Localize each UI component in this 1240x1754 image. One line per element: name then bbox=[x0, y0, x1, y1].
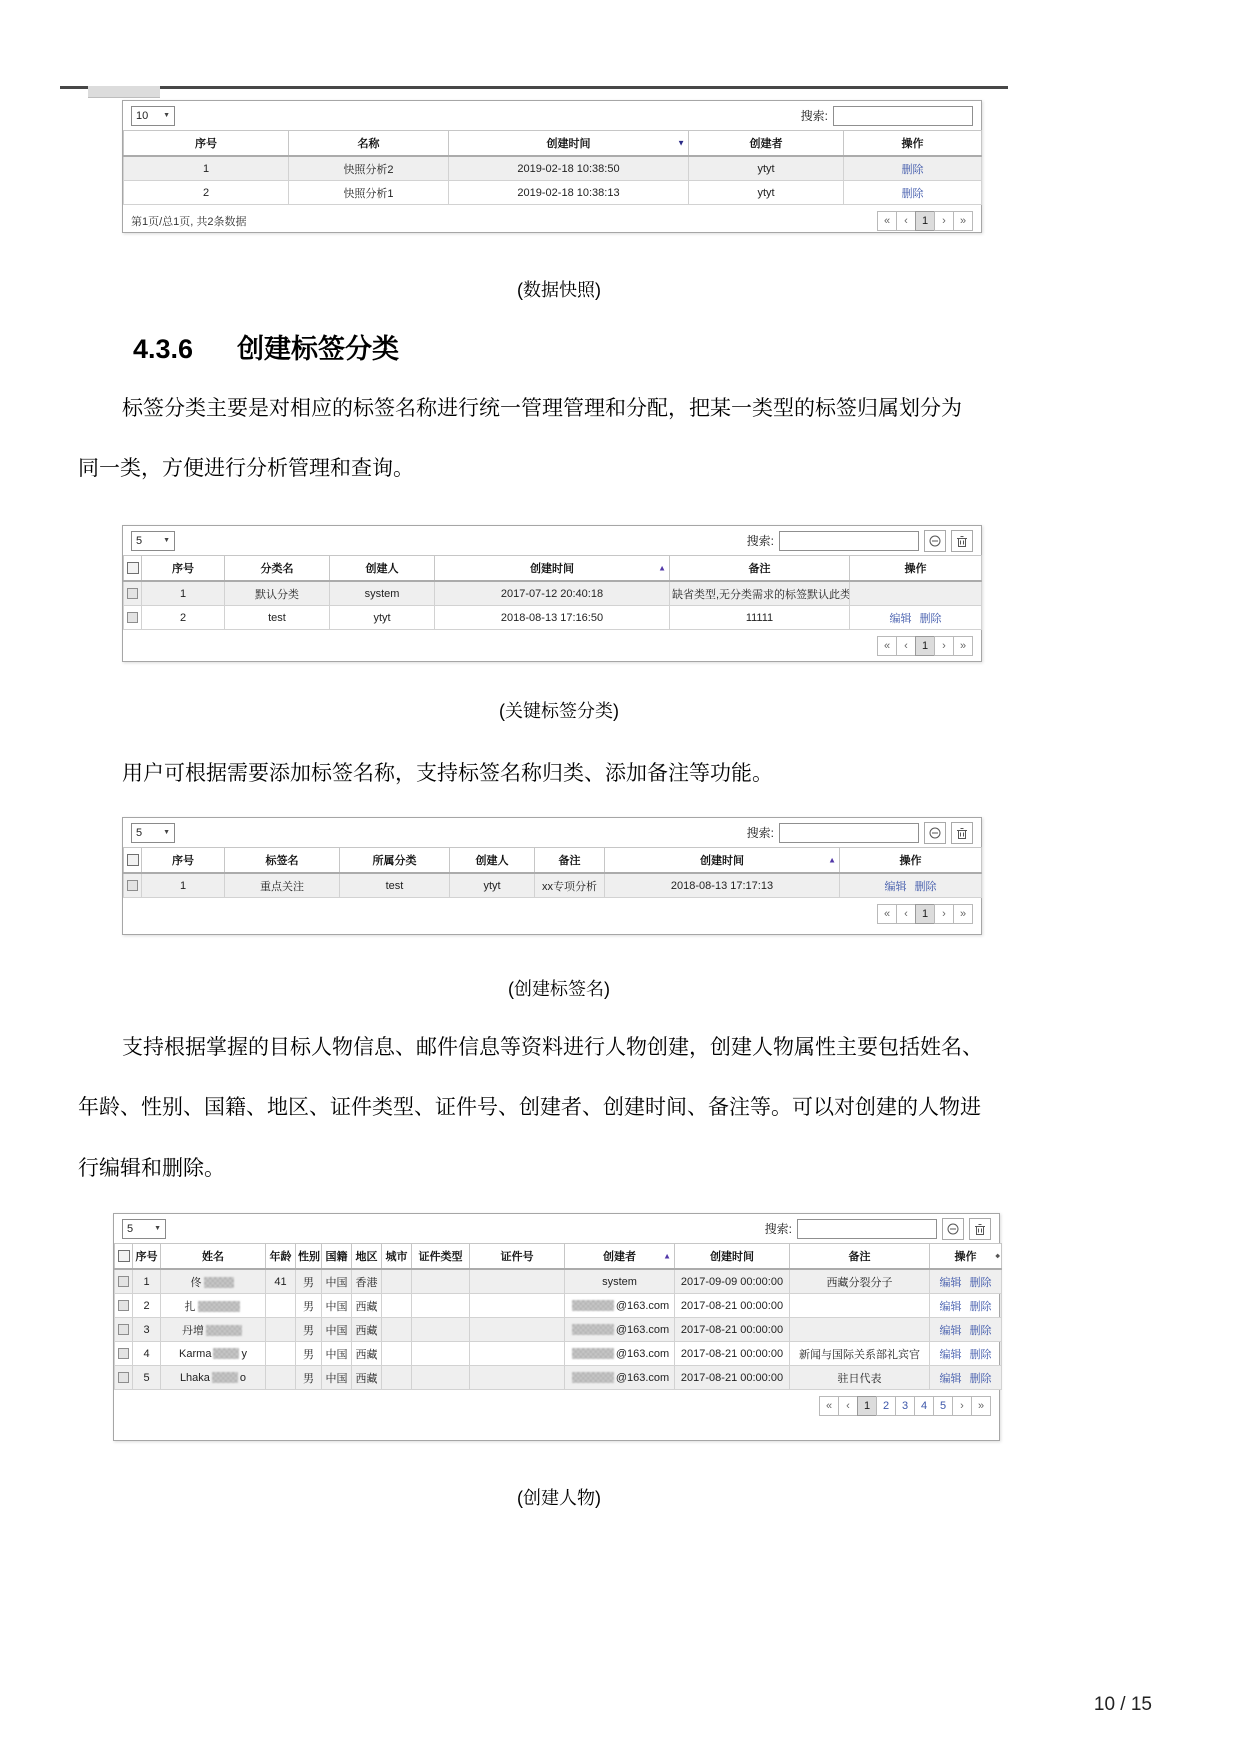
col-header-age[interactable]: 年龄 bbox=[266, 1244, 296, 1270]
col-header-created[interactable]: 创建时间▲ bbox=[605, 848, 840, 874]
paragraph-line: 同一类，方便进行分析管理和查询。 bbox=[78, 452, 414, 482]
col-header-action[interactable]: 操作◆ bbox=[930, 1244, 1002, 1270]
paragraph-line: 标签分类主要是对相应的标签名称进行统一管理管理和分配，把某一类型的标签归属划分为 bbox=[122, 392, 962, 422]
edit-link[interactable]: 编辑 bbox=[940, 1325, 962, 1337]
col-header-creator[interactable]: 创建人 bbox=[330, 556, 435, 582]
table-row: 1 快照分析2 2019-02-18 10:38:50 ytyt 删除 bbox=[124, 156, 982, 181]
sort-asc-icon: ▲ bbox=[658, 564, 666, 573]
page-number-button[interactable]: 1 bbox=[915, 904, 935, 924]
col-header-index[interactable]: 序号 bbox=[142, 556, 225, 582]
chevron-down-icon: ▼ bbox=[154, 1225, 161, 1232]
censored-text bbox=[572, 1372, 614, 1383]
page-size-select[interactable]: 5 ▼ bbox=[131, 531, 175, 551]
page-next-button[interactable]: › bbox=[934, 211, 954, 231]
row-checkbox[interactable] bbox=[118, 1276, 129, 1287]
category-table: 序号 分类名 创建人 创建时间▲ 备注 操作 1 默认分类 system 201… bbox=[123, 555, 982, 630]
page-size-select[interactable]: 5 ▼ bbox=[131, 823, 175, 843]
search-label: 搜索: bbox=[747, 824, 774, 841]
snapshot-table: 序号 名称 创建时间▼ 创建者 操作 1 快照分析2 2019-02-18 10… bbox=[123, 130, 982, 205]
circle-minus-icon[interactable] bbox=[924, 530, 946, 552]
table-row: 1 默认分类 system 2017-07-12 20:40:18 缺省类型,无… bbox=[124, 581, 982, 606]
delete-link[interactable]: 删除 bbox=[970, 1325, 992, 1337]
search-label: 搜索: bbox=[747, 532, 774, 549]
page-size-select[interactable]: 5 ▼ bbox=[122, 1219, 166, 1239]
sort-desc-icon: ▼ bbox=[677, 139, 685, 148]
censored-text bbox=[572, 1324, 614, 1335]
trash-icon[interactable] bbox=[969, 1218, 991, 1240]
page-last-button[interactable]: » bbox=[953, 211, 973, 231]
col-header-action[interactable]: 操作 bbox=[844, 131, 982, 157]
search-label: 搜索: bbox=[765, 1220, 792, 1237]
col-header-name[interactable]: 标签名 bbox=[225, 848, 340, 874]
paragraph-line: 年龄、性别、国籍、地区、证件类型、证件号、创建者、创建时间、备注等。可以对创建的… bbox=[78, 1091, 981, 1121]
circle-minus-icon[interactable] bbox=[924, 822, 946, 844]
edit-link[interactable]: 编辑 bbox=[940, 1349, 962, 1361]
page-number-button[interactable]: 5 bbox=[933, 1396, 953, 1416]
page-prev-button[interactable]: ‹ bbox=[896, 211, 916, 231]
col-header-creator[interactable]: 创建者▲ bbox=[565, 1244, 675, 1270]
censored-text bbox=[198, 1301, 240, 1312]
pagination: « ‹ 1 › » bbox=[878, 904, 973, 924]
row-checkbox[interactable] bbox=[127, 588, 138, 599]
tag-table: 序号 标签名 所属分类 创建人 备注 创建时间▲ 操作 1 重点关注 test … bbox=[123, 847, 982, 898]
censored-text bbox=[206, 1325, 242, 1336]
col-header-action[interactable]: 操作 bbox=[840, 848, 982, 874]
category-screenshot: 5 ▼ 搜索: 序号 分类名 创建人 创建时间▲ 备注 操作 bbox=[122, 525, 982, 662]
category-toolbar: 5 ▼ 搜索: bbox=[123, 526, 981, 555]
tag-screenshot: 5 ▼ 搜索: 序号 标签名 所属分类 创建人 备注 创建时间▲ 操作 bbox=[122, 817, 982, 935]
censored-text bbox=[572, 1348, 614, 1359]
page-number-button[interactable]: 1 bbox=[915, 636, 935, 656]
page-first-button[interactable]: « bbox=[819, 1396, 839, 1416]
censored-text bbox=[204, 1277, 234, 1288]
col-header-nationality[interactable]: 国籍 bbox=[322, 1244, 352, 1270]
delete-link[interactable]: 删除 bbox=[902, 188, 924, 200]
circle-minus-icon[interactable] bbox=[942, 1218, 964, 1240]
row-checkbox[interactable] bbox=[118, 1324, 129, 1335]
trash-icon[interactable] bbox=[951, 822, 973, 844]
figure-caption: (数据快照) bbox=[78, 276, 1040, 302]
delete-link[interactable]: 删除 bbox=[915, 881, 937, 893]
row-checkbox[interactable] bbox=[118, 1348, 129, 1359]
page-first-button[interactable]: « bbox=[877, 211, 897, 231]
edit-link[interactable]: 编辑 bbox=[885, 881, 907, 893]
censored-text bbox=[212, 1372, 238, 1383]
page-number-button[interactable]: 1 bbox=[915, 211, 935, 231]
edit-link[interactable]: 编辑 bbox=[940, 1301, 962, 1313]
page-last-button[interactable]: » bbox=[953, 636, 973, 656]
col-header-remark[interactable]: 备注 bbox=[790, 1244, 930, 1270]
select-all-checkbox[interactable] bbox=[115, 1244, 133, 1270]
page-number-button[interactable]: 4 bbox=[914, 1396, 934, 1416]
figure-caption: (创建标签名) bbox=[78, 975, 1040, 1001]
page-number-button[interactable]: 1 bbox=[857, 1396, 877, 1416]
col-header-name[interactable]: 名称 bbox=[289, 131, 449, 157]
pagination: « ‹ 1 2 3 4 5 › » bbox=[820, 1396, 991, 1416]
page-size-value: 10 bbox=[136, 110, 148, 122]
page-first-button[interactable]: « bbox=[877, 904, 897, 924]
table-row: 1 重点关注 test ytyt xx专项分析 2018-08-13 17:17… bbox=[124, 873, 982, 898]
diamond-icon: ◆ bbox=[995, 1253, 1000, 1260]
col-header-index[interactable]: 序号 bbox=[124, 131, 289, 157]
col-header-remark[interactable]: 备注 bbox=[535, 848, 605, 874]
section-heading: 4.3.6创建标签分类 bbox=[133, 327, 399, 366]
page-number: 10 / 15 bbox=[1094, 1694, 1152, 1716]
snapshot-screenshot: 10 ▼ 搜索: 序号 名称 创建时间▼ 创建者 操作 1 快照分析2 2 bbox=[122, 100, 982, 233]
page-number-button[interactable]: 2 bbox=[876, 1396, 896, 1416]
row-checkbox[interactable] bbox=[127, 880, 138, 891]
chevron-down-icon: ▼ bbox=[163, 112, 170, 119]
paragraph-line: 行编辑和删除。 bbox=[78, 1152, 225, 1182]
screenshot-crop-edge bbox=[60, 86, 1008, 89]
col-header-category[interactable]: 所属分类 bbox=[340, 848, 450, 874]
page-prev-button[interactable]: ‹ bbox=[896, 904, 916, 924]
tag-toolbar: 5 ▼ 搜索: bbox=[123, 818, 981, 847]
pagination: « ‹ 1 › » bbox=[878, 211, 973, 231]
col-header-gender[interactable]: 性别 bbox=[296, 1244, 322, 1270]
page-size-value: 5 bbox=[136, 827, 142, 839]
figure-caption: (关键标签分类) bbox=[78, 697, 1040, 723]
table-row: 1 佟 41 男 中国 香港 system 2017-09-09 00:00:0… bbox=[115, 1269, 1002, 1294]
select-all-checkbox[interactable] bbox=[124, 848, 142, 874]
col-header-created[interactable]: 创建时间▲ bbox=[435, 556, 670, 582]
censored-text bbox=[572, 1300, 614, 1311]
chevron-down-icon: ▼ bbox=[163, 537, 170, 544]
document-page: 10 ▼ 搜索: 序号 名称 创建时间▼ 创建者 操作 1 快照分析2 2 bbox=[0, 0, 1240, 1754]
search-label: 搜索: bbox=[801, 107, 828, 124]
delete-link[interactable]: 删除 bbox=[970, 1301, 992, 1313]
person-table: 序号 姓名 年龄 性别 国籍 地区 城市 证件类型 证件号 创建者▲ 创建时间 … bbox=[114, 1243, 1002, 1390]
screenshot-crop-fragment bbox=[88, 86, 160, 98]
page-prev-button[interactable]: ‹ bbox=[838, 1396, 858, 1416]
paragraph-line: 支持根据掌握的目标人物信息、邮件信息等资料进行人物创建，创建人物属性主要包括姓名… bbox=[122, 1031, 983, 1061]
sort-asc-icon: ▲ bbox=[828, 856, 836, 865]
snapshot-toolbar: 10 ▼ 搜索: bbox=[123, 101, 981, 130]
person-screenshot: 5 ▼ 搜索: 序号 姓名 年龄 性别 国籍 地区 城市 证件类型 bbox=[113, 1213, 1000, 1441]
row-checkbox[interactable] bbox=[127, 612, 138, 623]
col-header-created[interactable]: 创建时间 bbox=[675, 1244, 790, 1270]
search-input[interactable] bbox=[833, 106, 973, 126]
col-header-index[interactable]: 序号 bbox=[133, 1244, 161, 1270]
search-input[interactable] bbox=[779, 531, 919, 551]
page-info: 第1页/总1页, 共2条数据 bbox=[131, 213, 247, 229]
search-input[interactable] bbox=[797, 1219, 937, 1239]
page-size-value: 5 bbox=[136, 535, 142, 547]
page-size-select[interactable]: 10 ▼ bbox=[131, 106, 175, 126]
edit-link[interactable]: 编辑 bbox=[940, 1373, 962, 1385]
edit-link[interactable]: 编辑 bbox=[890, 613, 912, 625]
col-header-action[interactable]: 操作 bbox=[850, 556, 982, 582]
page-next-button[interactable]: › bbox=[934, 904, 954, 924]
col-header-city[interactable]: 城市 bbox=[382, 1244, 412, 1270]
page-next-button[interactable]: › bbox=[952, 1396, 972, 1416]
col-header-index[interactable]: 序号 bbox=[142, 848, 225, 874]
col-header-created[interactable]: 创建时间▼ bbox=[449, 131, 689, 157]
row-checkbox[interactable] bbox=[118, 1300, 129, 1311]
delete-link[interactable]: 删除 bbox=[970, 1277, 992, 1289]
delete-link[interactable]: 删除 bbox=[902, 164, 924, 176]
col-header-creator[interactable]: 创建者 bbox=[689, 131, 844, 157]
table-row: 2 快照分析1 2019-02-18 10:38:13 ytyt 删除 bbox=[124, 181, 982, 205]
trash-icon[interactable] bbox=[951, 530, 973, 552]
person-toolbar: 5 ▼ 搜索: bbox=[114, 1214, 999, 1243]
col-header-name[interactable]: 分类名 bbox=[225, 556, 330, 582]
table-row: 2 test ytyt 2018-08-13 17:16:50 11111 编辑… bbox=[124, 606, 982, 630]
select-all-checkbox[interactable] bbox=[124, 556, 142, 582]
page-last-button[interactable]: » bbox=[953, 904, 973, 924]
section-title: 创建标签分类 bbox=[237, 334, 399, 364]
chevron-down-icon: ▼ bbox=[163, 829, 170, 836]
edit-link[interactable]: 编辑 bbox=[940, 1277, 962, 1289]
page-first-button[interactable]: « bbox=[877, 636, 897, 656]
col-header-id-no[interactable]: 证件号 bbox=[470, 1244, 565, 1270]
col-header-id-type[interactable]: 证件类型 bbox=[412, 1244, 470, 1270]
row-checkbox[interactable] bbox=[118, 1372, 129, 1383]
page-size-value: 5 bbox=[127, 1223, 133, 1235]
col-header-region[interactable]: 地区 bbox=[352, 1244, 382, 1270]
sort-asc-icon: ▲ bbox=[663, 1252, 671, 1261]
table-row: 4 Karmay 男 中国 西藏 @163.com 2017-08-21 00:… bbox=[115, 1342, 1002, 1366]
col-header-creator[interactable]: 创建人 bbox=[450, 848, 535, 874]
page-number-button[interactable]: 3 bbox=[895, 1396, 915, 1416]
col-header-remark[interactable]: 备注 bbox=[670, 556, 850, 582]
delete-link[interactable]: 删除 bbox=[970, 1373, 992, 1385]
figure-caption: (创建人物) bbox=[78, 1484, 1040, 1510]
delete-link[interactable]: 删除 bbox=[920, 613, 942, 625]
table-row: 5 Lhakao 男 中国 西藏 @163.com 2017-08-21 00:… bbox=[115, 1366, 1002, 1390]
section-number: 4.3.6 bbox=[133, 334, 193, 364]
delete-link[interactable]: 删除 bbox=[970, 1349, 992, 1361]
paragraph-line: 用户可根据需要添加标签名称，支持标签名称归类、添加备注等功能。 bbox=[122, 757, 773, 787]
page-next-button[interactable]: › bbox=[934, 636, 954, 656]
page-prev-button[interactable]: ‹ bbox=[896, 636, 916, 656]
pagination: « ‹ 1 › » bbox=[878, 636, 973, 656]
table-row: 2 扎 男 中国 西藏 @163.com 2017-08-21 00:00:00… bbox=[115, 1294, 1002, 1318]
table-row: 3 丹增 男 中国 西藏 @163.com 2017-08-21 00:00:0… bbox=[115, 1318, 1002, 1342]
col-header-name[interactable]: 姓名 bbox=[161, 1244, 266, 1270]
page-last-button[interactable]: » bbox=[971, 1396, 991, 1416]
censored-text bbox=[213, 1348, 239, 1359]
search-input[interactable] bbox=[779, 823, 919, 843]
